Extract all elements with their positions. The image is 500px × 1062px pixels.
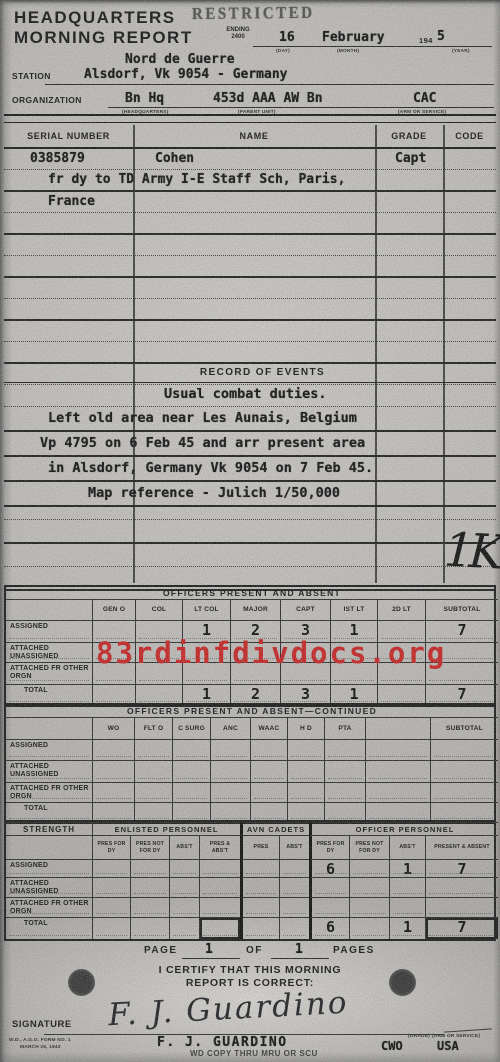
table-cell [240, 897, 279, 917]
sub-header: PRES FOR DY [309, 835, 349, 859]
column-header: 2D LT [377, 599, 425, 620]
table-cell [240, 859, 279, 877]
event-line: Usual combat duties. [164, 386, 327, 402]
column-header: C SURG [172, 717, 210, 739]
grade-value: Capt [395, 151, 426, 166]
certify-line-2: REPORT IS CORRECT: [0, 977, 500, 989]
table-cell [349, 877, 389, 897]
column-header: CAPT [280, 599, 330, 620]
ending-2400-label: ENDING 2400 [219, 27, 257, 40]
column-header: WO [92, 717, 134, 739]
sub-header: ABS'T [389, 835, 425, 859]
column-header: WAAC [250, 717, 287, 739]
table-cell [250, 782, 287, 802]
table-cell: 6 [309, 859, 349, 877]
roster-header-row: SERIAL NUMBER NAME GRADE CODE [4, 125, 496, 149]
org-parent-value: 453d AAA AW Bn [213, 91, 323, 106]
table-cell [92, 877, 130, 897]
service-caption: (ARM OR SERVICE) [432, 1034, 480, 1039]
blank-ruled-row [4, 321, 496, 342]
table-cell [92, 917, 130, 939]
roster-entry-row: 0385879 Cohen Capt [4, 149, 496, 170]
blank-ruled-row [4, 256, 496, 278]
signature-rule-line-end [444, 1028, 492, 1032]
table-cell [134, 802, 172, 822]
row-label: ATTACHED UNASSIGNED [6, 760, 92, 782]
table-cell [169, 859, 199, 877]
strength-corner-label: STRENGTH [6, 822, 92, 835]
event-line: Left old area near Les Aunais, Belgium [48, 410, 357, 426]
row-label: ATTACHED FR OTHER ORGN [6, 662, 92, 684]
table-cell [324, 802, 365, 822]
code-header: CODE [443, 125, 496, 147]
avn-cadets-group-header: AVN CADETS [240, 822, 309, 835]
table-cell [349, 859, 389, 877]
row-label: ATTACHED UNASSIGNED [6, 877, 92, 897]
table-cell [430, 782, 498, 802]
table-cell [349, 917, 389, 939]
table-cell [365, 782, 430, 802]
station-rule-line [45, 84, 494, 85]
table-cell: 1 [389, 917, 425, 939]
table-cell [92, 782, 134, 802]
table-cell [324, 782, 365, 802]
headquarters-heading: HEADQUARTERS [14, 8, 176, 28]
page-number-rule [182, 958, 240, 959]
grade-signature-value: CWO [381, 1039, 403, 1053]
table-cell [349, 897, 389, 917]
event-line: in Alsdorf, Germany Vk 9054 on 7 Feb 45. [48, 460, 373, 476]
row-label: TOTAL [6, 802, 92, 822]
table-cell [324, 760, 365, 782]
org-unit-value: Bn Hq [125, 91, 164, 106]
table-corner-cell [6, 835, 92, 859]
blank-ruled-zone [4, 497, 496, 591]
year-caption: (YEAR) [452, 49, 470, 54]
column-header: SUBTOTAL [430, 717, 498, 739]
year-prefix: 194 [419, 36, 433, 45]
blank-ruled-row [4, 544, 496, 567]
blank-ruled-row [4, 235, 496, 256]
handwritten-annotation: 1K [443, 523, 500, 581]
table-cell [134, 760, 172, 782]
name-value: Cohen [155, 151, 194, 166]
table-cell: 6 [309, 917, 349, 939]
table-cell [430, 760, 498, 782]
table-cell [130, 897, 169, 917]
page-number: 1 [205, 942, 213, 957]
table-cell [210, 739, 250, 760]
table-corner-cell [6, 599, 92, 620]
signature-label: SIGNATURE [12, 1019, 72, 1030]
table-cell [135, 684, 182, 705]
event-line: Map reference - Julich 1/50,000 [88, 485, 340, 501]
sub-header: PRES NOT FOR DY [349, 835, 389, 859]
table-cell [134, 782, 172, 802]
table-cell [389, 877, 425, 897]
row-label: ATTACHED FR OTHER ORGN [6, 897, 92, 917]
sub-header: PRES NOT FOR DY [130, 835, 169, 859]
table-cell [169, 897, 199, 917]
table-cell [172, 760, 210, 782]
organization-label: ORGANIZATION [12, 95, 82, 105]
table-cell [240, 917, 279, 939]
table-cell [92, 760, 134, 782]
officer-group-header: OFFICER PERSONNEL [309, 822, 498, 835]
table-cell [279, 897, 309, 917]
column-header [365, 717, 430, 739]
table-cell [92, 802, 134, 822]
roster-continuation-row: France [4, 192, 496, 213]
blank-ruled-row [4, 520, 496, 544]
remark-line: fr dy to TD Army I-E Staff Sch, Paris, [48, 172, 345, 187]
date-day: 16 [279, 30, 295, 45]
morning-report-scan: HEADQUARTERS RESTRICTED MORNING REPORT E… [0, 0, 500, 1062]
table-cell [130, 917, 169, 939]
table-cell [250, 760, 287, 782]
sub-header: PRES [240, 835, 279, 859]
typed-name: F. J. GUARDINO [157, 1035, 288, 1050]
event-line-row: in Alsdorf, Germany Vk 9054 on 7 Feb 45. [4, 457, 496, 482]
organization-rule-line [108, 107, 494, 108]
table-cell: 1 [389, 859, 425, 877]
table-cell [425, 877, 498, 897]
column-header: FLT O [134, 717, 172, 739]
double-rule [4, 114, 496, 123]
blank-ruled-row [4, 299, 496, 321]
sub-header: ABS'T [279, 835, 309, 859]
column-divider [133, 125, 135, 583]
day-caption: (DAY) [276, 49, 290, 54]
table-cell [169, 877, 199, 897]
enlisted-group-header: ENLISTED PERSONNEL [92, 822, 240, 835]
name-header: NAME [133, 125, 375, 147]
sub-header: ABS'T [169, 835, 199, 859]
form-number-line: W.D., A.G.O. FORM NO. 1 [9, 1038, 71, 1043]
row-label: ASSIGNED [6, 739, 92, 760]
form-date-line: MARCH 25, 1943 [20, 1045, 61, 1050]
column-header: LT COL [182, 599, 230, 620]
table-cell [389, 897, 425, 917]
table-cell [279, 859, 309, 877]
sub-header: PRES & ABS'T [199, 835, 240, 859]
table-cell [172, 739, 210, 760]
grade-caption: (GRADE) [408, 1034, 430, 1039]
column-header: COL [135, 599, 182, 620]
table-cell [169, 917, 199, 939]
record-of-events-title: RECORD OF EVENTS [4, 367, 496, 383]
event-line-row: Usual combat duties. [4, 383, 496, 407]
table-cell [210, 760, 250, 782]
pages-total-rule [271, 958, 329, 959]
table-cell [365, 802, 430, 822]
station-label: STATION [12, 71, 51, 81]
org-service-value: CAC [413, 91, 436, 106]
row-label: ASSIGNED [6, 620, 92, 642]
column-divider [375, 125, 377, 583]
of-label: OF [246, 945, 263, 956]
table-cell [172, 782, 210, 802]
event-line-row: Left old area near Les Aunais, Belgium [4, 407, 496, 432]
table-cell [365, 739, 430, 760]
event-line-row: Map reference - Julich 1/50,000 [4, 482, 496, 507]
handwritten-signature: F. J. Guardino [107, 985, 349, 1034]
row-label: TOTAL [6, 684, 92, 705]
page-label: PAGE [144, 945, 178, 956]
row-label: ATTACHED UNASSIGNED [6, 642, 92, 662]
table-cell [199, 859, 240, 877]
table-cell [250, 739, 287, 760]
restricted-stamp: RESTRICTED [192, 4, 315, 24]
pages-label: PAGES [333, 945, 375, 956]
table-cell: 2 [230, 684, 280, 705]
row-label: ASSIGNED [6, 859, 92, 877]
table-cell [130, 859, 169, 877]
table-cell [279, 877, 309, 897]
table-cell [92, 739, 134, 760]
pages-total: 1 [295, 942, 303, 957]
table-cell [287, 802, 324, 822]
table-cell [92, 684, 135, 705]
table-cell: 1 [330, 684, 377, 705]
column-header: PTA [324, 717, 365, 739]
date-rule-line [253, 46, 492, 47]
date-month: February [322, 30, 385, 45]
table-cell [377, 684, 425, 705]
serial-value: 0385879 [30, 151, 85, 166]
event-line: Vp 4795 on 6 Feb 45 and arr present area [40, 435, 365, 451]
blank-ruled-row [4, 278, 496, 299]
row-label: ATTACHED FR OTHER ORGN [6, 782, 92, 802]
table-cell [92, 859, 130, 877]
column-header: ANC [210, 717, 250, 739]
table-cell [134, 739, 172, 760]
serial-number-header: SERIAL NUMBER [4, 125, 133, 147]
sub-header: PRES FOR DY [92, 835, 130, 859]
table-cell [309, 897, 349, 917]
month-caption: (MONTH) [337, 49, 359, 54]
strength-table: STRENGTH ENLISTED PERSONNEL AVN CADETS O… [4, 820, 496, 941]
table-cell: 7 [425, 917, 498, 939]
roster-continuation-row: fr dy to TD Army I-E Staff Sch, Paris, [4, 170, 496, 192]
table-cell [287, 739, 324, 760]
table-cell [279, 917, 309, 939]
row-label: TOTAL [6, 917, 92, 939]
officers-continued-title: OFFICERS PRESENT AND ABSENT—CONTINUED [6, 705, 498, 717]
column-header: SUBTOTAL [425, 599, 498, 620]
watermark-text: 83rdinfdivdocs.org [96, 636, 446, 670]
table-cell: 3 [280, 684, 330, 705]
wd-copy-stamp: WD COPY THRU MRU OR SCU [190, 1049, 318, 1058]
remark-line: France [48, 194, 95, 209]
table-cell [240, 877, 279, 897]
service-signature-value: USA [437, 1039, 459, 1053]
morning-report-heading: MORNING REPORT [14, 28, 193, 48]
record-of-events-section: RECORD OF EVENTS Usual combat duties. Le… [4, 367, 496, 507]
blank-ruled-row [4, 213, 496, 235]
grid-code-value: Nord de Guerre [125, 52, 235, 67]
date-year: 5 [437, 29, 445, 44]
table-cell [430, 739, 498, 760]
officers-table-title: OFFICERS PRESENT AND ABSENT [6, 587, 498, 599]
table-cell [287, 782, 324, 802]
column-divider [443, 125, 445, 583]
table-cell [210, 782, 250, 802]
column-header: IST LT [330, 599, 377, 620]
roster-section: SERIAL NUMBER NAME GRADE CODE 0385879 Co… [4, 125, 496, 385]
table-cell [425, 897, 498, 917]
table-cell [324, 739, 365, 760]
table-cell [430, 802, 498, 822]
table-cell [172, 802, 210, 822]
table-cell: 7 [425, 859, 498, 877]
table-cell [287, 760, 324, 782]
grade-header: GRADE [375, 125, 443, 147]
table-cell: 1 [182, 684, 230, 705]
sub-header: PRESENT & ABSENT [425, 835, 498, 859]
ending-time: 2400 [219, 34, 257, 41]
event-line-row: Vp 4795 on 6 Feb 45 and arr present area [4, 432, 496, 457]
table-cell [309, 877, 349, 897]
blank-ruled-row [4, 342, 496, 364]
column-header: MAJOR [230, 599, 280, 620]
certify-line-1: I CERTIFY THAT THIS MORNING [0, 964, 500, 976]
table-cell: 7 [425, 684, 498, 705]
table-cell [210, 802, 250, 822]
table-cell [199, 897, 240, 917]
table-cell [199, 877, 240, 897]
table-cell [365, 760, 430, 782]
column-header: GEN O [92, 599, 135, 620]
table-cell [250, 802, 287, 822]
column-header: H D [287, 717, 324, 739]
table-cell [199, 917, 240, 939]
table-cell [130, 877, 169, 897]
table-corner-cell [6, 717, 92, 739]
station-value: Alsdorf, Vk 9054 - Germany [84, 67, 288, 82]
table-cell [92, 897, 130, 917]
officers-continued-table: OFFICERS PRESENT AND ABSENT—CONTINUED WO… [4, 703, 496, 824]
